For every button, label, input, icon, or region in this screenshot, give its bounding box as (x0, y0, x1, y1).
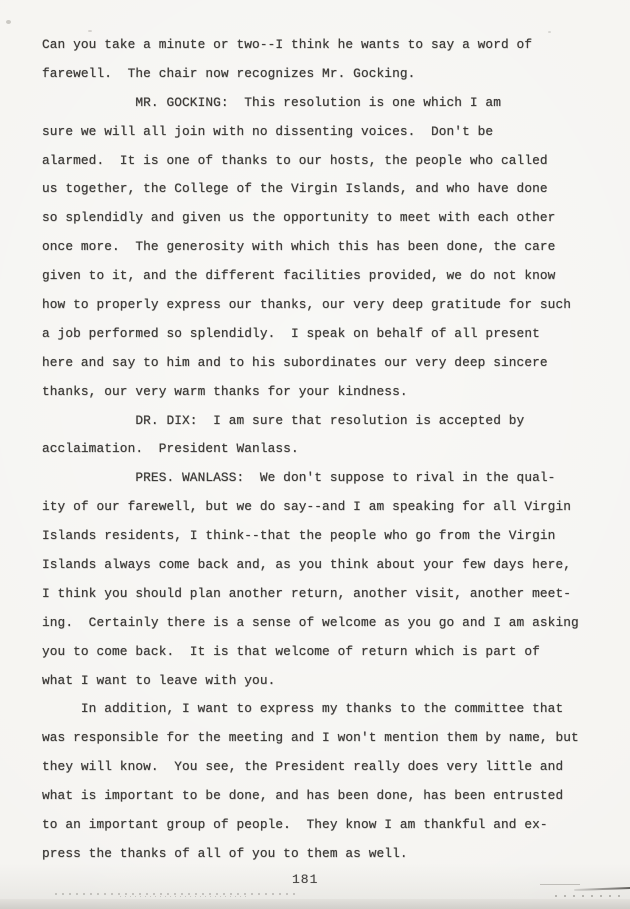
text-line: alarmed. It is one of thanks to our host… (42, 147, 602, 176)
text-line: PRES. WANLASS: We don't suppose to rival… (42, 464, 602, 493)
scan-edge-shading (0, 899, 630, 909)
text-line: Islands always come back and, as you thi… (42, 551, 602, 580)
scan-speck (6, 20, 11, 24)
text-line: Islands residents, I think--that the peo… (42, 522, 602, 551)
text-line: ity of our farewell, but we do say--and … (42, 493, 602, 522)
scan-artifact-dotted-line (120, 896, 250, 897)
text-line: DR. DIX: I am sure that resolution is ac… (42, 407, 602, 436)
scan-artifact-dotted-line (555, 895, 625, 897)
text-line: MR. GOCKING: This resolution is one whic… (42, 89, 602, 118)
text-line: farewell. The chair now recognizes Mr. G… (42, 60, 602, 89)
text-line: I think you should plan another return, … (42, 580, 602, 609)
text-line: they will know. You see, the President r… (42, 753, 602, 782)
text-line: given to it, and the different facilitie… (42, 262, 602, 291)
text-line: ing. Certainly there is a sense of welco… (42, 609, 602, 638)
scan-artifact-dash (574, 887, 630, 891)
text-line: In addition, I want to express my thanks… (42, 695, 602, 724)
text-line: once more. The generosity with which thi… (42, 233, 602, 262)
text-line: you to come back. It is that welcome of … (42, 638, 602, 667)
text-line: a job performed so splendidly. I speak o… (42, 320, 602, 349)
text-line: how to properly express our thanks, our … (42, 291, 602, 320)
text-line: acclaimation. President Wanlass. (42, 435, 602, 464)
body-text: Can you take a minute or two--I think he… (42, 31, 602, 869)
scan-artifact-dotted-line (55, 893, 300, 895)
scan-artifact-dash (540, 884, 580, 885)
text-line: to an important group of people. They kn… (42, 811, 602, 840)
text-line: what I want to leave with you. (42, 667, 602, 696)
text-line: so splendidly and given us the opportuni… (42, 204, 602, 233)
text-line: us together, the College of the Virgin I… (42, 175, 602, 204)
text-line: Can you take a minute or two--I think he… (42, 31, 602, 60)
text-line: was responsible for the meeting and I wo… (42, 724, 602, 753)
text-line: what is important to be done, and has be… (42, 782, 602, 811)
text-line: sure we will all join with no dissenting… (42, 118, 602, 147)
page-number: 181 (292, 872, 318, 887)
text-line: thanks, our very warm thanks for your ki… (42, 378, 602, 407)
text-line: press the thanks of all of you to them a… (42, 840, 602, 869)
document-page: Can you take a minute or two--I think he… (0, 0, 630, 909)
text-line: here and say to him and to his subordina… (42, 349, 602, 378)
